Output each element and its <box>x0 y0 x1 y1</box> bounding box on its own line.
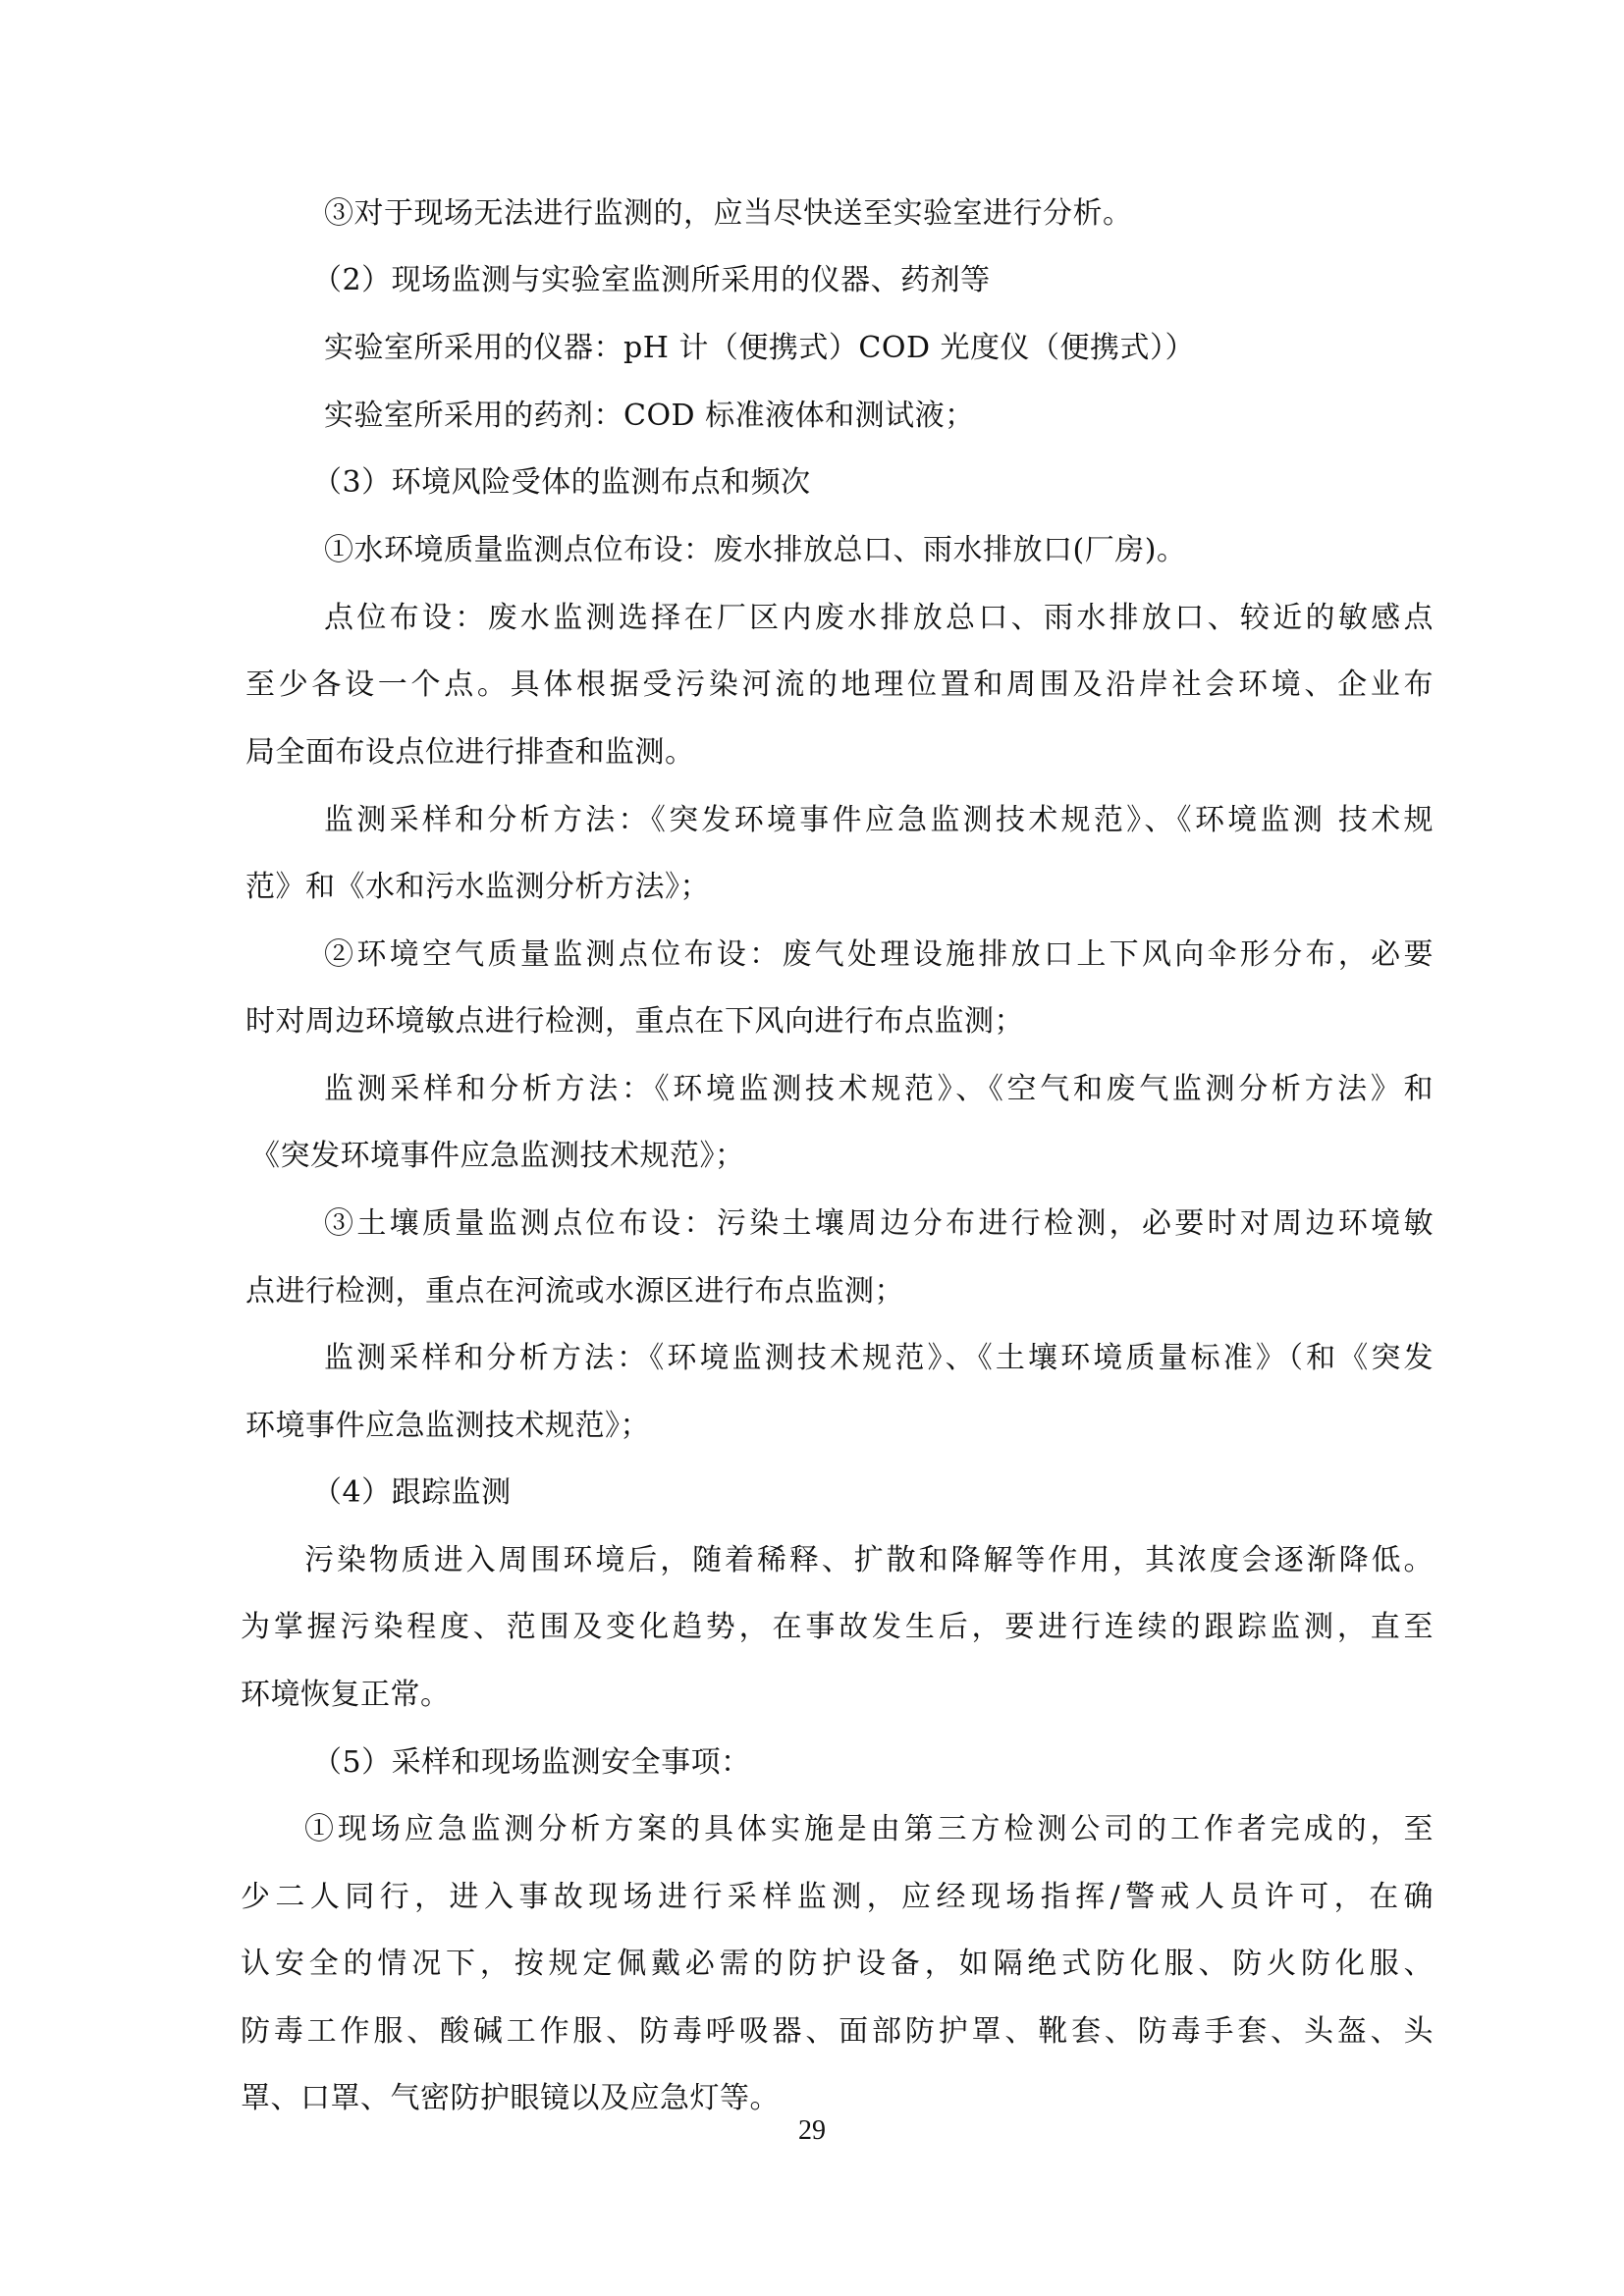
document-page: 29 ③对于现场无法进行监测的，应当尽快送至实验室进行分析。（2）现场监测与实验… <box>0 0 1624 2296</box>
text-line: 点位布设：废水监测选择在厂区内废水排放总口、雨水排放口、较近的敏感点 <box>324 601 1434 636</box>
text-line: 时对周边环境敏点进行检测，重点在下风向进行布点监测； <box>245 1004 1024 1040</box>
text-line: 监测采样和分析方法：《突发环境事件应急监测技术规范》、《环境监测 技术规 <box>324 803 1434 838</box>
text-line: （3）环境风险受体的监测布点和频次 <box>312 465 811 501</box>
text-line: ②环境空气质量监测点位布设：废气处理设施排放口上下风向伞形分布，必要 <box>324 937 1434 973</box>
text-line: 防毒工作服、酸碱工作服、防毒呼吸器、面部防护罩、靴套、防毒手套、头盔、头 <box>241 2014 1434 2050</box>
text-line: 监测采样和分析方法：《环境监测技术规范》、《空气和废气监测分析方法》和 <box>324 1072 1434 1107</box>
text-line: 认安全的情况下，按规定佩戴必需的防护设备，如隔绝式防化服、防火防化服、 <box>241 1947 1434 1982</box>
text-line: ①现场应急监测分析方案的具体实施是由第三方检测公司的工作者完成的，至 <box>304 1812 1434 1847</box>
text-line: 实验室所采用的药剂：COD 标准液体和测试液； <box>324 399 975 434</box>
text-line: 少二人同行，进入事故现场进行采样监测，应经现场指挥/警戒人员许可，在确 <box>241 1880 1434 1915</box>
text-line: 范》和《水和污水监测分析方法》； <box>245 870 710 905</box>
text-line: 实验室所采用的仪器：pH 计（便携式）COD 光度仪（便携式）） <box>324 331 1195 366</box>
text-line: 点进行检测，重点在河流或水源区进行布点监测； <box>245 1274 904 1309</box>
text-line: 污染物质进入周围环境后，随着稀释、扩散和降解等作用，其浓度会逐渐降低。 <box>304 1543 1434 1578</box>
text-line: （5）采样和现场监测安全事项： <box>312 1745 751 1781</box>
text-line: 监测采样和分析方法：《环境监测技术规范》、《土壤环境质量标准》（和《突发 <box>324 1341 1434 1376</box>
text-line: 罩、口罩、气密防护眼镜以及应急灯等。 <box>241 2081 780 2116</box>
page-number: 29 <box>0 2115 1624 2147</box>
text-line: 至少各设一个点。具体根据受污染河流的地理位置和周围及沿岸社会环境、企业布 <box>245 667 1434 703</box>
text-line: 为掌握污染程度、范围及变化趋势，在事故发生后，要进行连续的跟踪监测，直至 <box>241 1610 1434 1645</box>
text-line: ①水环境质量监测点位布设：废水排放总口、雨水排放口(厂房)。 <box>324 533 1186 568</box>
text-line: 局全面布设点位进行排查和监测。 <box>245 735 695 771</box>
text-line: ③土壤质量监测点位布设：污染土壤周边分布进行检测，必要时对周边环境敏 <box>324 1206 1434 1242</box>
text-line: （2）现场监测与实验室监测所采用的仪器、药剂等 <box>312 263 991 298</box>
text-line: ③对于现场无法进行监测的，应当尽快送至实验室进行分析。 <box>324 196 1133 232</box>
text-line: 《突发环境事件应急监测技术规范》； <box>250 1139 745 1174</box>
text-line: 环境事件应急监测技术规范》； <box>245 1409 650 1444</box>
text-line: 环境恢复正常。 <box>241 1678 451 1713</box>
text-line: （4）跟踪监测 <box>312 1475 512 1511</box>
